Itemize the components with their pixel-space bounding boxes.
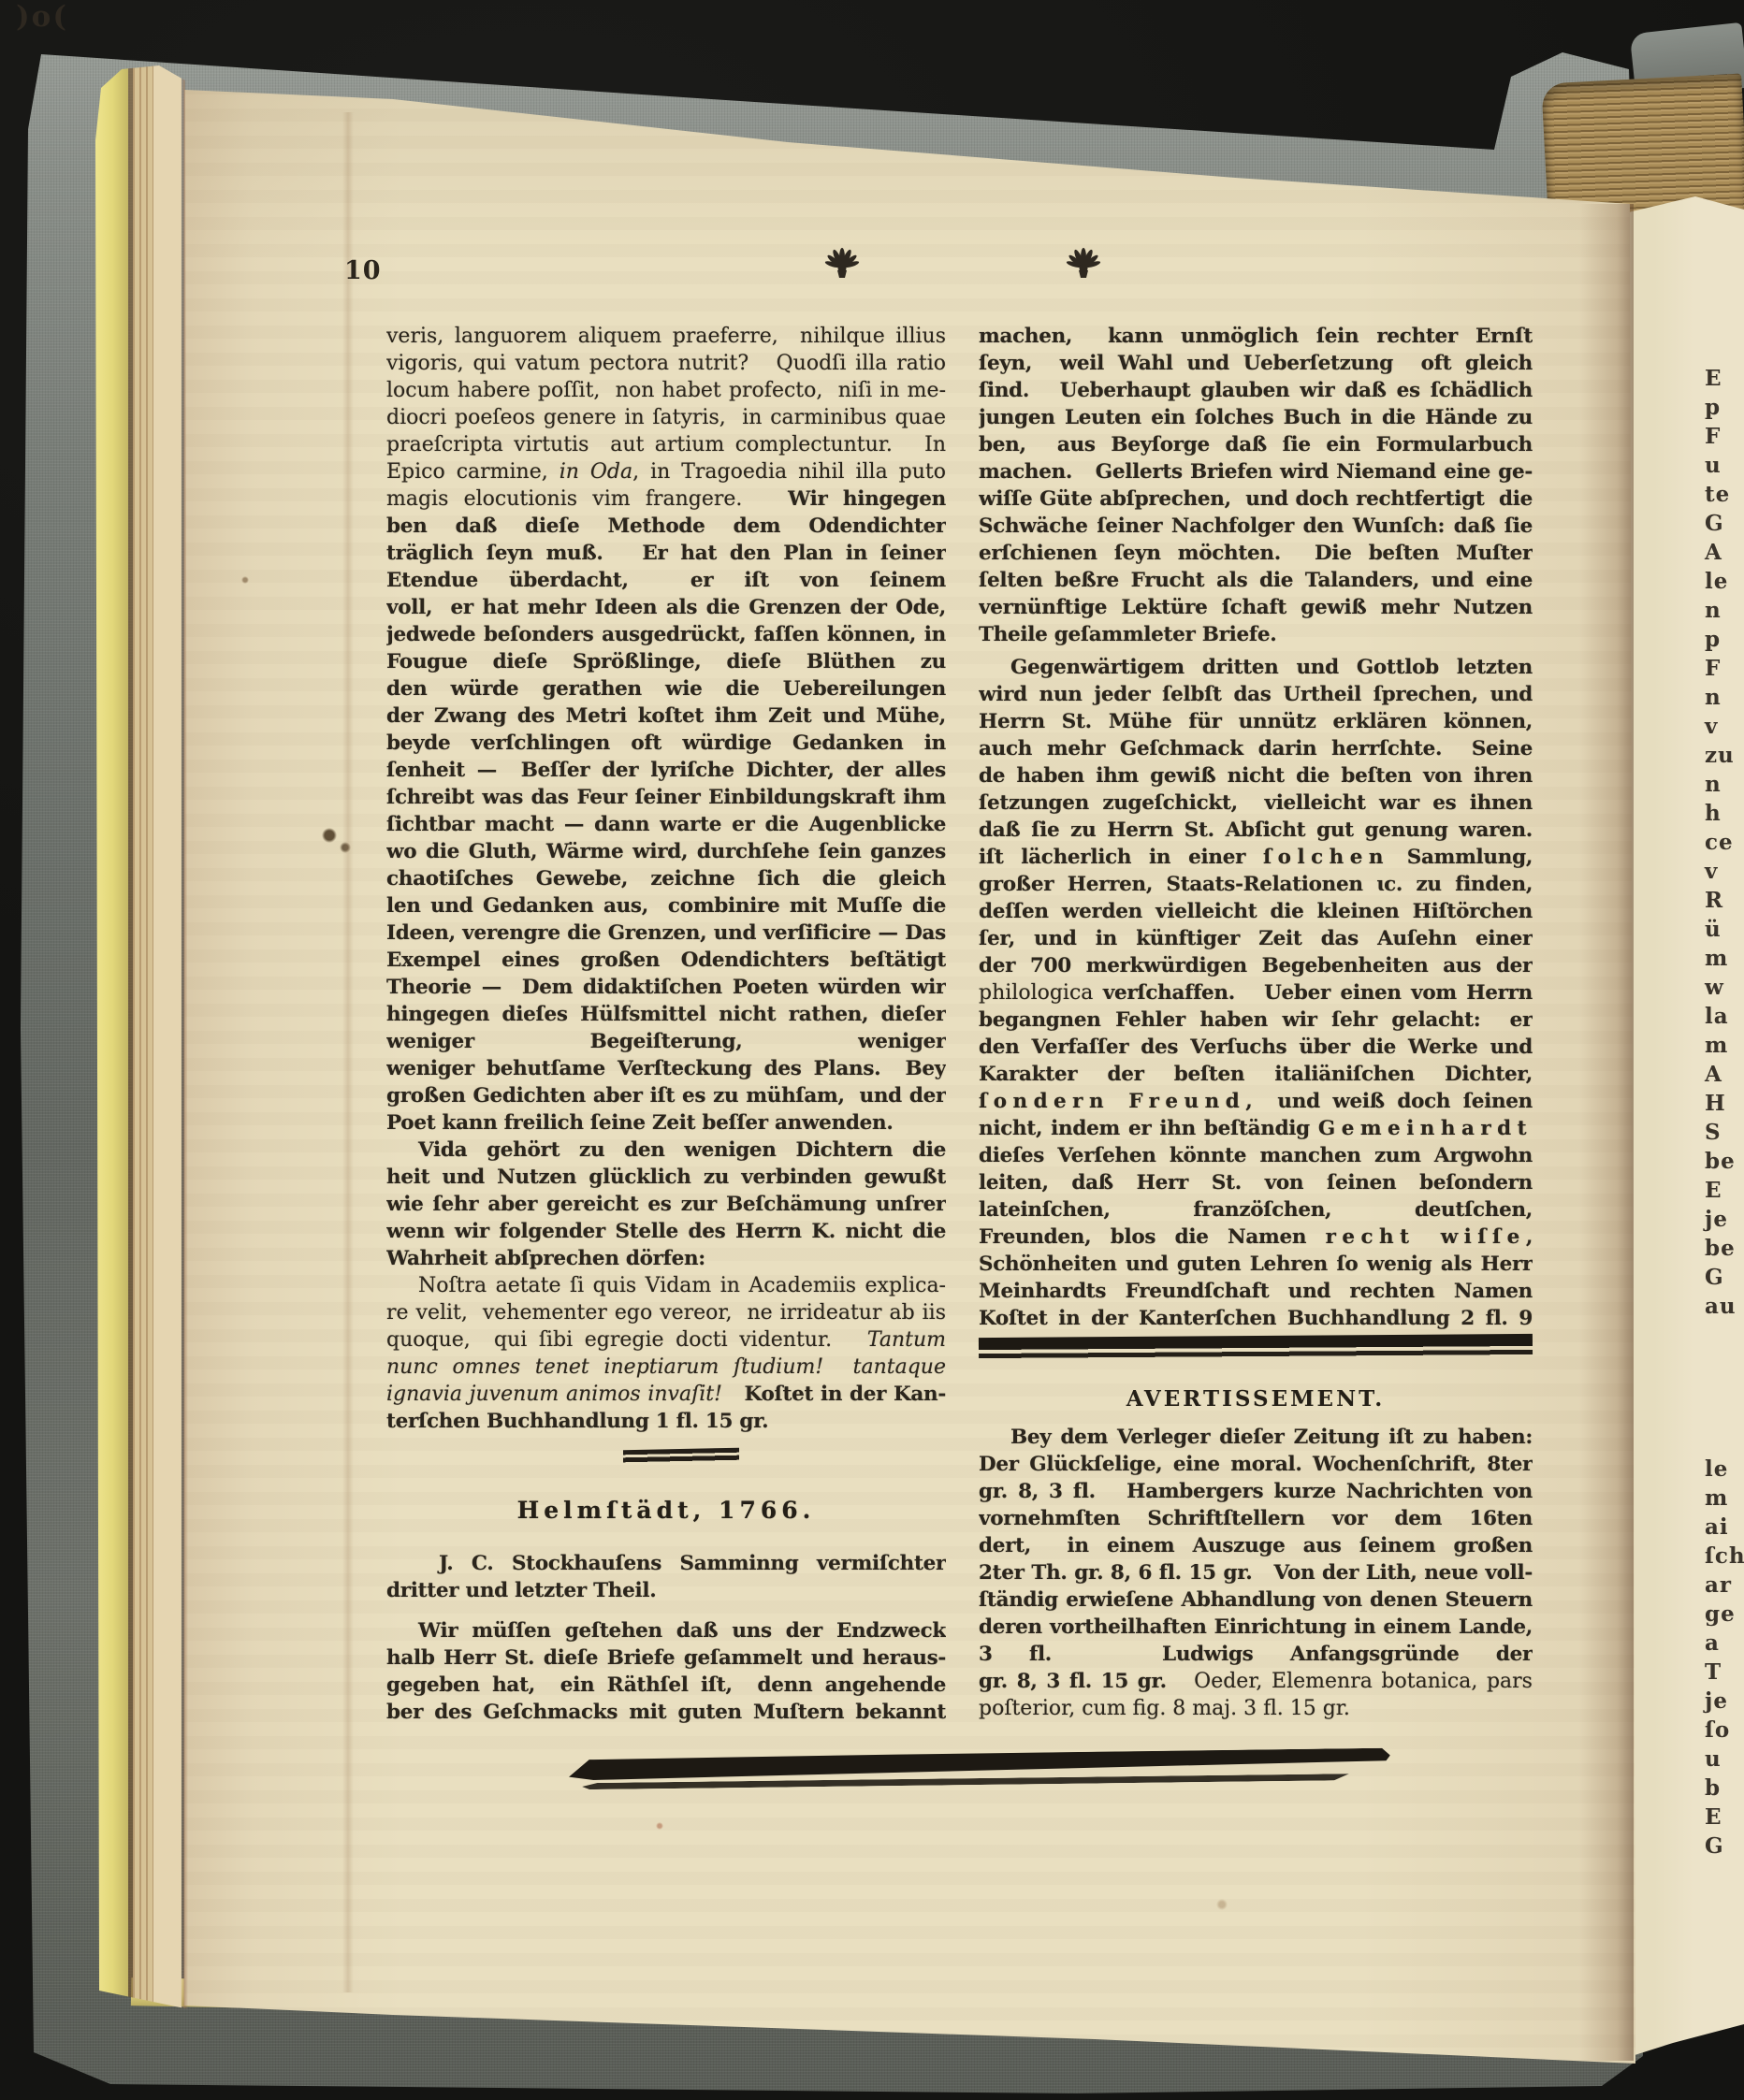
facing-text-fragment: m — [1705, 1032, 1744, 1060]
text-line: ſelten beßre Frucht als die Talanders, u… — [979, 567, 1533, 594]
text-segment: 2ter Th. gr. 8, 6 fl. 15 gr. Von der Lit… — [979, 1561, 1533, 1585]
text-segment: Schönheiten und guten Lehren ſo wenig al… — [979, 1253, 1533, 1276]
text-segment: den würde gerathen wie die Uebereilungen… — [386, 677, 946, 702]
text-line: magis elocutionis vim frangere. Wir hing… — [386, 485, 946, 513]
text-segment: chaotiſches Gewebe, zeichne ſich die gle… — [386, 867, 946, 892]
text-line: vigoris, qui vatum pectora nutrit? Quodſ… — [386, 350, 946, 377]
text-line: großen Gedichten aber iſt es zu mühſam, … — [386, 1082, 946, 1109]
text-segment: Theorie — Dem didaktiſchen Poeten würden… — [386, 976, 946, 999]
text-segment: Koſtet in der Kanterſchen Buchhandlung 2… — [979, 1307, 1533, 1332]
text-line: quoque, qui ſibi egregie docti videntur.… — [386, 1326, 946, 1354]
text-segment: Exempel eines großen Odendichters beſtät… — [386, 949, 946, 974]
text-segment: Karakter der beſten italiäniſchen Dichte… — [979, 1063, 1533, 1086]
text-line: jungen Leuten ein ſolches Buch in die Hä… — [979, 404, 1533, 431]
text-line: iſt lächerlich in einer ſolchen Sammlung… — [979, 844, 1533, 871]
facing-text-fragment: ar — [1705, 1571, 1744, 1600]
text-segment: de haben ihm gewiß nicht die beſten von … — [979, 764, 1533, 789]
facing-text-fragment: ſch — [1705, 1542, 1744, 1571]
facing-text-fragment: H — [1705, 1090, 1744, 1118]
text-line: de haben ihm gewiß nicht die beſten von … — [979, 762, 1533, 789]
facing-text-fragment: ſo — [1705, 1716, 1744, 1745]
text-segment: Wir müſſen geſtehen daß uns der Endzweck… — [386, 1619, 946, 1644]
text-segment: ſer, und in künftiger Zeit das Auſehn ei… — [979, 927, 1533, 952]
text-line: nunc omnes tenet ineptiarum ſtudium! tan… — [386, 1354, 946, 1381]
text-line: Wahrheit abſprechen dörfen: — [386, 1245, 946, 1272]
text-line: philologica verſchaffen. Ueber einen vom… — [979, 979, 1533, 1007]
text-line: chaotiſches Gewebe, zeichne ſich die gle… — [386, 865, 946, 892]
facing-text-fragment: le — [1705, 1456, 1744, 1484]
text-line: deren vortheilhaften Einrichtung in eine… — [979, 1614, 1533, 1641]
text-segment: nunc omnes tenet ineptiarum ſtudium! tan… — [386, 1355, 946, 1379]
text-line: ſondern Freund, und weiß doch ſeinen Nam… — [979, 1088, 1533, 1115]
text-segment: praeſcripta virtutis aut artium complect… — [386, 433, 946, 456]
text-line: 2ter Th. gr. 8, 6 fl. 15 gr. Von der Lit… — [979, 1559, 1533, 1586]
text-line: deſſen werden vielleicht die kleinen Hiſ… — [979, 898, 1533, 925]
text-line: den würde gerathen wie die Uebereilungen… — [386, 675, 946, 702]
facing-text-fragment: ce — [1705, 829, 1744, 857]
text-segment: re velit, vehementer ego vereor, ne irri… — [386, 1301, 946, 1325]
text-line: ſchreibt was das Feur ſeiner Einbildungs… — [386, 784, 946, 811]
text-line: machen, kann unmöglich ſein rechter Ernſ… — [979, 323, 1533, 350]
text-segment: vornehmſten Schriftſtellern vor dem 16te… — [979, 1507, 1533, 1532]
facing-text-fragment: v — [1705, 858, 1744, 886]
facing-text-fragment: je — [1705, 1206, 1744, 1234]
text-segment: 3 fl. Ludwigs Anfangsgründe der Wundarzn… — [979, 1643, 1533, 1668]
text-segment: Fougue dieſe Sprößlinge, dieſe Blüthen z… — [386, 650, 946, 675]
text-line: beyde verſchlingen oft würdige Gedanken … — [386, 730, 946, 757]
text-segment: lateinſchen, franzöſchen, deutſchen, ita… — [979, 1198, 1533, 1224]
text-segment: Gemeinhardt — [1318, 1117, 1533, 1140]
text-segment: deren vortheilhaften Einrichtung in eine… — [979, 1615, 1533, 1641]
text-segment: ben, aus Beyſorge daß ſie ein Formularbu… — [979, 433, 1533, 458]
text-line: ſtändig erwieſene Abhandlung von denen S… — [979, 1586, 1533, 1614]
text-line: wiſſe Güte abſprechen, und doch rechtfer… — [979, 485, 1533, 513]
facing-text-fragment: G — [1705, 510, 1744, 538]
text-line: Fougue dieſe Sprößlinge, dieſe Blüthen z… — [386, 648, 946, 675]
text-line: wie ſehr aber gereicht es zur Beſchämung… — [386, 1191, 946, 1218]
text-segment: wiſſe Güte abſprechen, und doch rechtfer… — [979, 487, 1533, 511]
facing-text-fragment: m — [1705, 1484, 1744, 1513]
text-segment: ſelten beßre Frucht als die Talanders, u… — [979, 569, 1533, 594]
text-segment: Meinhardts Freundſchaft und rechten Name… — [979, 1280, 1533, 1305]
text-line: Epico carmine, in Oda, in Tragoedia nihi… — [386, 458, 946, 485]
shell-ornament-icon — [1065, 245, 1102, 286]
text-line: gegeben hat, ein Räthſel iſt, denn angeh… — [386, 1672, 946, 1699]
text-segment: in Oda — [560, 460, 632, 484]
text-segment: dritter und letzter Theil. — [386, 1579, 656, 1602]
text-segment: Ideen, verengre die Grenzen, und verſifi… — [386, 921, 946, 945]
text-segment: der 700 merkwürdigen Begebenheiten aus d… — [979, 954, 1533, 978]
text-segment: den Verfaſſer des Verſuchs über die Werk… — [979, 1036, 1533, 1061]
text-segment: Poet kann freilich ſeine Zeit beſſer anw… — [386, 1111, 894, 1135]
facing-text-fragment: je — [1705, 1687, 1744, 1716]
facing-text-fragment: be — [1705, 1235, 1744, 1263]
facing-text-fragment: be — [1705, 1148, 1744, 1176]
section-heading: AVERTISSEMENT. — [979, 1383, 1533, 1416]
text-line: Poet kann freilich ſeine Zeit beſſer anw… — [386, 1109, 946, 1137]
text-line: weniger Begeiſterung, weniger Zuſammenge… — [386, 1028, 946, 1055]
text-line: veris, languorem aliquem praeferre, nihi… — [386, 323, 946, 350]
text-segment: jedwede beſonders ausgedrückt, faſſen kö… — [386, 623, 946, 648]
text-segment: veris, languorem aliquem praeferre, nihi… — [386, 325, 946, 348]
text-line: Ideen, verengre die Grenzen, und verſifi… — [386, 920, 946, 947]
text-line: Etendue überdacht, er iſt von ſeinem Geg… — [386, 567, 946, 594]
text-segment: ſondern Freund — [979, 1090, 1245, 1113]
text-line: daß ſie zu Herrn St. Abſicht gut genung … — [979, 817, 1533, 844]
facing-text-fragment: au — [1705, 1293, 1744, 1321]
facing-text-fragment: la — [1705, 1003, 1744, 1031]
facing-text-fragment: b — [1705, 1774, 1744, 1803]
text-line: vornehmſten Schriftſtellern vor dem 16te… — [979, 1505, 1533, 1532]
text-segment: iſt lächerlich in einer — [979, 846, 1263, 869]
text-segment: voll, er hat mehr Ideen als die Grenzen … — [386, 596, 946, 619]
text-segment: begangnen Fehler haben wir ſehr gelacht:… — [979, 1008, 1533, 1034]
text-segment: machen. Gellerts Briefen wird Niemand ei… — [979, 460, 1533, 484]
text-segment: ſeyn, weil Wahl und Ueberſetzung oft gle… — [979, 352, 1533, 377]
facing-text-fragment: F — [1705, 655, 1744, 683]
text-line: Noſtra aetate ſi quis Vidam in Academiis… — [386, 1272, 946, 1299]
text-segment: ignavia juvenum animos invaſit! — [386, 1383, 722, 1406]
facing-text-fragment: zu — [1705, 742, 1744, 770]
facing-text-fragment: E — [1705, 1177, 1744, 1205]
small-divider-rule — [623, 1448, 739, 1464]
facing-text-fragment: v — [1705, 713, 1744, 741]
text-segment: Bey dem Verleger dieſer Zeitung iſt zu h… — [1010, 1426, 1533, 1449]
facing-text-fragment: A — [1705, 1061, 1744, 1089]
text-segment: gr. 8, 3 fl. 15 gr. — [979, 1670, 1194, 1693]
text-segment: weniger behutſame Verſteckung des Plans.… — [386, 1057, 946, 1082]
text-line: erſchienen ſeyn möchten. Die beſten Muſt… — [979, 540, 1533, 567]
text-segment: beyde verſchlingen oft würdige Gedanken … — [386, 731, 946, 757]
facing-text-fragment: te — [1705, 481, 1744, 509]
text-line: der 700 merkwürdigen Begebenheiten aus d… — [979, 952, 1533, 979]
text-segment: Etendue überdacht, er iſt von ſeinem Geg… — [386, 569, 946, 594]
text-segment: machen, kann unmöglich ſein rechter Ernſ… — [979, 325, 1533, 350]
text-segment: heit und Nutzen glücklich zu verbinden g… — [386, 1166, 946, 1191]
text-segment: großer Herren, Staats-Relationen ɩc. zu … — [979, 873, 1533, 898]
text-segment: der Zwang des Metri koſtet ihm Zeit und … — [386, 704, 946, 730]
text-line: dritter und letzter Theil. — [386, 1577, 946, 1604]
text-segment: ſetzungen zugeſchickt, vielleicht war es… — [979, 791, 1533, 817]
book-scan: { "header": { "page_number": "10", "orna… — [0, 0, 1744, 2100]
facing-text-fragment: n — [1705, 597, 1744, 625]
text-segment: ber des Geſchmacks mit guten Muſtern bek… — [386, 1701, 946, 1726]
facing-text-fragment: m — [1705, 945, 1744, 973]
text-line: Exempel eines großen Odendichters beſtät… — [386, 947, 946, 974]
text-line: Wir müſſen geſtehen daß uns der Endzweck… — [386, 1617, 946, 1644]
text-segment: deſſen werden vielleicht die kleinen Hiſ… — [979, 900, 1533, 925]
text-line: Theile geſammleter Briefe. — [979, 621, 1533, 648]
text-line: ben daß dieſe Methode dem Odendichter be… — [386, 513, 946, 540]
text-segment: nicht, indem er ihn beſtändig — [979, 1117, 1318, 1140]
text-segment: quoque, qui ſibi egregie docti videntur. — [386, 1328, 867, 1352]
text-line: Herrn St. Mühe für unnütz erklären könne… — [979, 708, 1533, 735]
text-line: Der Glückſelige, eine moral. Wochenſchri… — [979, 1451, 1533, 1478]
text-line: praeſcripta virtutis aut artium complect… — [386, 431, 946, 458]
facing-text-fragment: u — [1705, 452, 1744, 480]
text-line: Schönheiten und guten Lehren ſo wenig al… — [979, 1251, 1533, 1278]
text-line: halb Herr St. dieſe Briefe geſammelt und… — [386, 1644, 946, 1672]
text-line: machen. Gellerts Briefen wird Niemand ei… — [979, 458, 1533, 485]
facing-text-fragment: E — [1705, 365, 1744, 393]
text-line: leiten, daß Herr St. von ſeinen beſonder… — [979, 1169, 1533, 1196]
text-segment: poſterior, cum fig. 8 maj. 3 fl. 15 gr. — [979, 1697, 1350, 1720]
text-segment: ſind. Ueberhaupt glauben wir daß es ſchä… — [979, 379, 1533, 404]
text-line: J. C. Stockhauſens Samminng vermiſchter … — [386, 1550, 946, 1577]
text-line: wird nun jeder ſelbſt das Urtheil ſprech… — [979, 681, 1533, 708]
text-line: Theorie — Dem didaktiſchen Poeten würden… — [386, 974, 946, 1001]
header-separator-ornament: )o( — [0, 0, 84, 34]
page-edge-yellow — [94, 56, 128, 2013]
facing-text-fragment: p — [1705, 626, 1744, 654]
text-segment: philologica — [979, 981, 1093, 1005]
text-segment: großen Gedichten aber iſt es zu mühſam, … — [386, 1084, 946, 1108]
page-number: 10 — [344, 256, 382, 285]
gutter-shadow — [1579, 204, 1634, 2061]
facing-text-fragment: T — [1705, 1658, 1744, 1687]
text-segment: Freunden, blos die Namen — [979, 1225, 1326, 1249]
text-line: 3 fl. Ludwigs Anfangsgründe der Wundarzn… — [979, 1641, 1533, 1668]
page-edge-pink — [153, 56, 182, 2013]
facing-text-fragment: le — [1705, 568, 1744, 596]
text-segment: Wahrheit abſprechen dörfen: — [386, 1247, 705, 1270]
text-line: den Verfaſſer des Verſuchs über die Werk… — [979, 1034, 1533, 1061]
text-segment: Schwäche ſeiner Nachfolger den Wunſch: d… — [979, 514, 1533, 540]
text-line: terſchen Buchhandlung 1 fl. 15 gr. — [386, 1408, 946, 1435]
text-segment: jungen Leuten ein ſolches Buch in die Hä… — [979, 406, 1533, 431]
text-line: ſeyn, weil Wahl und Ueberſetzung oft gle… — [979, 350, 1533, 377]
text-segment: diocri poeſeos genere in ſatyris, in car… — [386, 406, 946, 429]
text-line: nicht, indem er ihn beſtändig Gemeinhard… — [979, 1115, 1533, 1142]
text-segment: ſolchen — [1263, 846, 1389, 869]
text-segment: weniger Begeiſterung, weniger Zuſammenge… — [386, 1030, 946, 1055]
text-segment: träglich ſeyn muß. Er hat den Plan in ſe… — [386, 542, 946, 567]
facing-text-fragment: A — [1705, 539, 1744, 567]
text-line: dert, in einem Auszuge aus ſeinem großen… — [979, 1532, 1533, 1559]
text-line: Meinhardts Freundſchaft und rechten Name… — [979, 1278, 1533, 1305]
text-line: weniger behutſame Verſteckung des Plans.… — [386, 1055, 946, 1082]
facing-text-fragment: ge — [1705, 1600, 1744, 1629]
text-line: ſenheit — Beſſer der lyriſche Dichter, d… — [386, 757, 946, 784]
facing-text-fragment: w — [1705, 974, 1744, 1002]
facing-text-fragment: n — [1705, 684, 1744, 712]
text-segment: Vida gehört zu den wenigen Dichtern die … — [386, 1138, 946, 1164]
paragraph-gap — [386, 1529, 946, 1550]
text-segment: gegeben hat, ein Räthſel iſt, denn angeh… — [386, 1673, 946, 1699]
text-line: ſichtbar macht — dann warte er die Augen… — [386, 811, 946, 838]
text-segment: ſchreibt was das Feur ſeiner Einbildungs… — [386, 786, 946, 809]
paragraph-gap — [386, 1604, 946, 1617]
facing-text-fragment: h — [1705, 800, 1744, 828]
text-line: voll, er hat mehr Ideen als die Grenzen … — [386, 594, 946, 621]
text-line: heit und Nutzen glücklich zu verbinden g… — [386, 1164, 946, 1191]
text-segment: wo die Gluth, Wärme wird, durchſehe ſein… — [386, 840, 946, 863]
text-line: wo die Gluth, Wärme wird, durchſehe ſein… — [386, 838, 946, 865]
text-segment: Koſtet in der Kan- — [722, 1383, 946, 1406]
text-line: auch mehr Geſchmack darin herrſchte. Sei… — [979, 735, 1533, 762]
text-segment: J. C. Stockhauſens Samminng vermiſchter … — [386, 1552, 946, 1577]
text-line: re velit, vehementer ego vereor, ne irri… — [386, 1299, 946, 1326]
text-segment: ſenheit — Beſſer der lyriſche Dichter, d… — [386, 759, 946, 784]
text-segment: , in Tragoedia nihil illa puto — [632, 460, 946, 484]
text-segment: wenn wir folgender Stelle des Herrn K. n… — [386, 1220, 946, 1243]
text-segment: ben daß dieſe Methode dem Odendichter be… — [386, 514, 946, 540]
text-segment: erſchienen ſeyn möchten. Die beſten Muſt… — [979, 542, 1533, 567]
text-line: dieſes Verſehen könnte manchen zum Argwo… — [979, 1142, 1533, 1169]
text-line: gr. 8, 3 fl. Hambergers kurze Nachrichte… — [979, 1478, 1533, 1505]
heavy-divider-rule — [979, 1334, 1533, 1360]
text-segment: daß ſie zu Herrn St. Abſicht gut genung … — [979, 818, 1533, 844]
facing-text-fragment: F — [1705, 423, 1744, 451]
shell-ornament-icon — [823, 245, 861, 286]
text-segment: magis elocutionis vim frangere. — [386, 487, 788, 511]
facing-text-fragment: G — [1705, 1264, 1744, 1292]
text-line: jedwede beſonders ausgedrückt, faſſen kö… — [386, 621, 946, 648]
text-line: Schwäche ſeiner Nachfolger den Wunſch: d… — [979, 513, 1533, 540]
facing-text-fragment: p — [1705, 394, 1744, 422]
text-segment: auch mehr Geſchmack darin herrſchte. Sei… — [979, 737, 1533, 762]
text-line: ſind. Ueberhaupt glauben wir daß es ſchä… — [979, 377, 1533, 404]
text-line: Vida gehört zu den wenigen Dichtern die … — [386, 1137, 946, 1164]
text-line: gr. 8, 3 fl. 15 gr. Oeder, Elemenra bota… — [979, 1668, 1533, 1695]
text-segment: halb Herr St. dieſe Briefe geſammelt und… — [386, 1646, 946, 1670]
facing-text-fragment: E — [1705, 1803, 1744, 1832]
facing-text-fragment: n — [1705, 771, 1744, 799]
text-segment: leiten, daß Herr St. von ſeinen beſonder… — [979, 1171, 1533, 1196]
facing-text-fragment: G — [1705, 1832, 1744, 1861]
facing-text-fragment: S — [1705, 1119, 1744, 1147]
text-line: Koſtet in der Kanterſchen Buchhandlung 2… — [979, 1305, 1533, 1332]
text-line: der Zwang des Metri koſtet ihm Zeit und … — [386, 702, 946, 730]
text-segment: vernünftige Lektüre ſchaft gewiß mehr Nu… — [979, 596, 1533, 621]
facing-text-fragment: ü — [1705, 916, 1744, 944]
text-column-left: veris, languorem aliquem praeferre, nihi… — [386, 323, 946, 1726]
text-line: lateinſchen, franzöſchen, deutſchen, ita… — [979, 1196, 1533, 1224]
facing-text-fragment: u — [1705, 1745, 1744, 1774]
text-line: len und Gedanken aus, combinire mit Muſſ… — [386, 892, 946, 920]
text-segment: wird nun jeder ſelbſt das Urtheil ſprech… — [979, 683, 1533, 708]
text-segment: Epico carmine, — [386, 460, 560, 484]
text-line: ſetzungen zugeſchickt, vielleicht war es… — [979, 789, 1533, 817]
facing-text-fragment: ai — [1705, 1513, 1744, 1542]
text-segment: Theile geſammleter Briefe. — [979, 623, 1276, 646]
text-segment: hingegen dieſes Hülfsmittel nicht rathen… — [386, 1003, 946, 1028]
text-line: großer Herren, Staats-Relationen ɩc. zu … — [979, 871, 1533, 898]
text-line: Bey dem Verleger dieſer Zeitung iſt zu h… — [979, 1424, 1533, 1451]
text-line: vernünftige Lektüre ſchaft gewiß mehr Nu… — [979, 594, 1533, 621]
text-segment: Noſtra aetate ſi quis Vidam in Academiis… — [418, 1274, 946, 1297]
section-heading: Helmſtädt, 1766. — [386, 1492, 946, 1529]
paragraph-gap — [979, 1416, 1533, 1424]
text-segment: vigoris, qui vatum pectora nutrit? Quodſ… — [386, 352, 946, 375]
text-segment: ſichtbar macht — dann warte er die Augen… — [386, 813, 946, 838]
text-segment: recht wiſſe — [1326, 1225, 1526, 1249]
page-edge-tan — [133, 56, 153, 2013]
text-line: träglich ſeyn muß. Er hat den Plan in ſe… — [386, 540, 946, 567]
text-segment: Tantum — [867, 1328, 946, 1352]
text-segment: terſchen Buchhandlung 1 fl. 15 gr. — [386, 1410, 768, 1433]
text-line: wenn wir folgender Stelle des Herrn K. n… — [386, 1218, 946, 1245]
text-line: hingegen dieſes Hülfsmittel nicht rathen… — [386, 1001, 946, 1028]
paper-fold-line — [342, 112, 354, 1992]
text-segment: Oeder, Elemenra botanica, pars — [1194, 1670, 1533, 1693]
facing-text-fragment: a — [1705, 1629, 1744, 1658]
facing-text-fragment: R — [1705, 887, 1744, 915]
text-line: Karakter der beſten italiäniſchen Dichte… — [979, 1061, 1533, 1088]
text-segment: gr. 8, 3 fl. Hambergers kurze Nachrichte… — [979, 1480, 1533, 1505]
text-line: diocri poeſeos genere in ſatyris, in car… — [386, 404, 946, 431]
text-line: ber des Geſchmacks mit guten Muſtern bek… — [386, 1699, 946, 1726]
text-line: ſer, und in künftiger Zeit das Auſehn ei… — [979, 925, 1533, 952]
text-segment: Herrn St. Mühe für unnütz erklären könne… — [979, 710, 1533, 735]
text-segment: dert, in einem Auszuge aus ſeinem großen… — [979, 1534, 1533, 1559]
text-line: ben, aus Beyſorge daß ſie ein Formularbu… — [979, 431, 1533, 458]
text-segment: dieſes Verſehen könnte manchen zum Argwo… — [979, 1144, 1533, 1169]
text-line: poſterior, cum fig. 8 maj. 3 fl. 15 gr. — [979, 1695, 1533, 1722]
text-line: locum habere poſſit, non habet profecto,… — [386, 377, 946, 404]
text-segment: Gegenwärtigem dritten und Gottlob letzte… — [979, 656, 1533, 681]
text-segment: len und Gedanken aus, combinire mit Muſſ… — [386, 894, 946, 918]
text-segment: Der Glückſelige, eine moral. Wochenſchri… — [979, 1453, 1533, 1478]
text-line: ignavia juvenum animos invaſit! Koſtet i… — [386, 1381, 946, 1408]
text-column-right: machen, kann unmöglich ſein rechter Ernſ… — [979, 323, 1533, 1722]
text-line: begangnen Fehler haben wir ſehr gelacht:… — [979, 1007, 1533, 1034]
text-segment: ſtändig erwieſene Abhandlung von denen S… — [979, 1588, 1533, 1614]
text-line: Gegenwärtigem dritten und Gottlob letzte… — [979, 654, 1533, 681]
text-segment: locum habere poſſit, non habet profecto,… — [386, 379, 946, 402]
text-line: Freunden, blos die Namen recht wiſſe, hi… — [979, 1224, 1533, 1251]
text-segment: wie ſehr aber gereicht es zur Beſchämung… — [386, 1193, 946, 1218]
